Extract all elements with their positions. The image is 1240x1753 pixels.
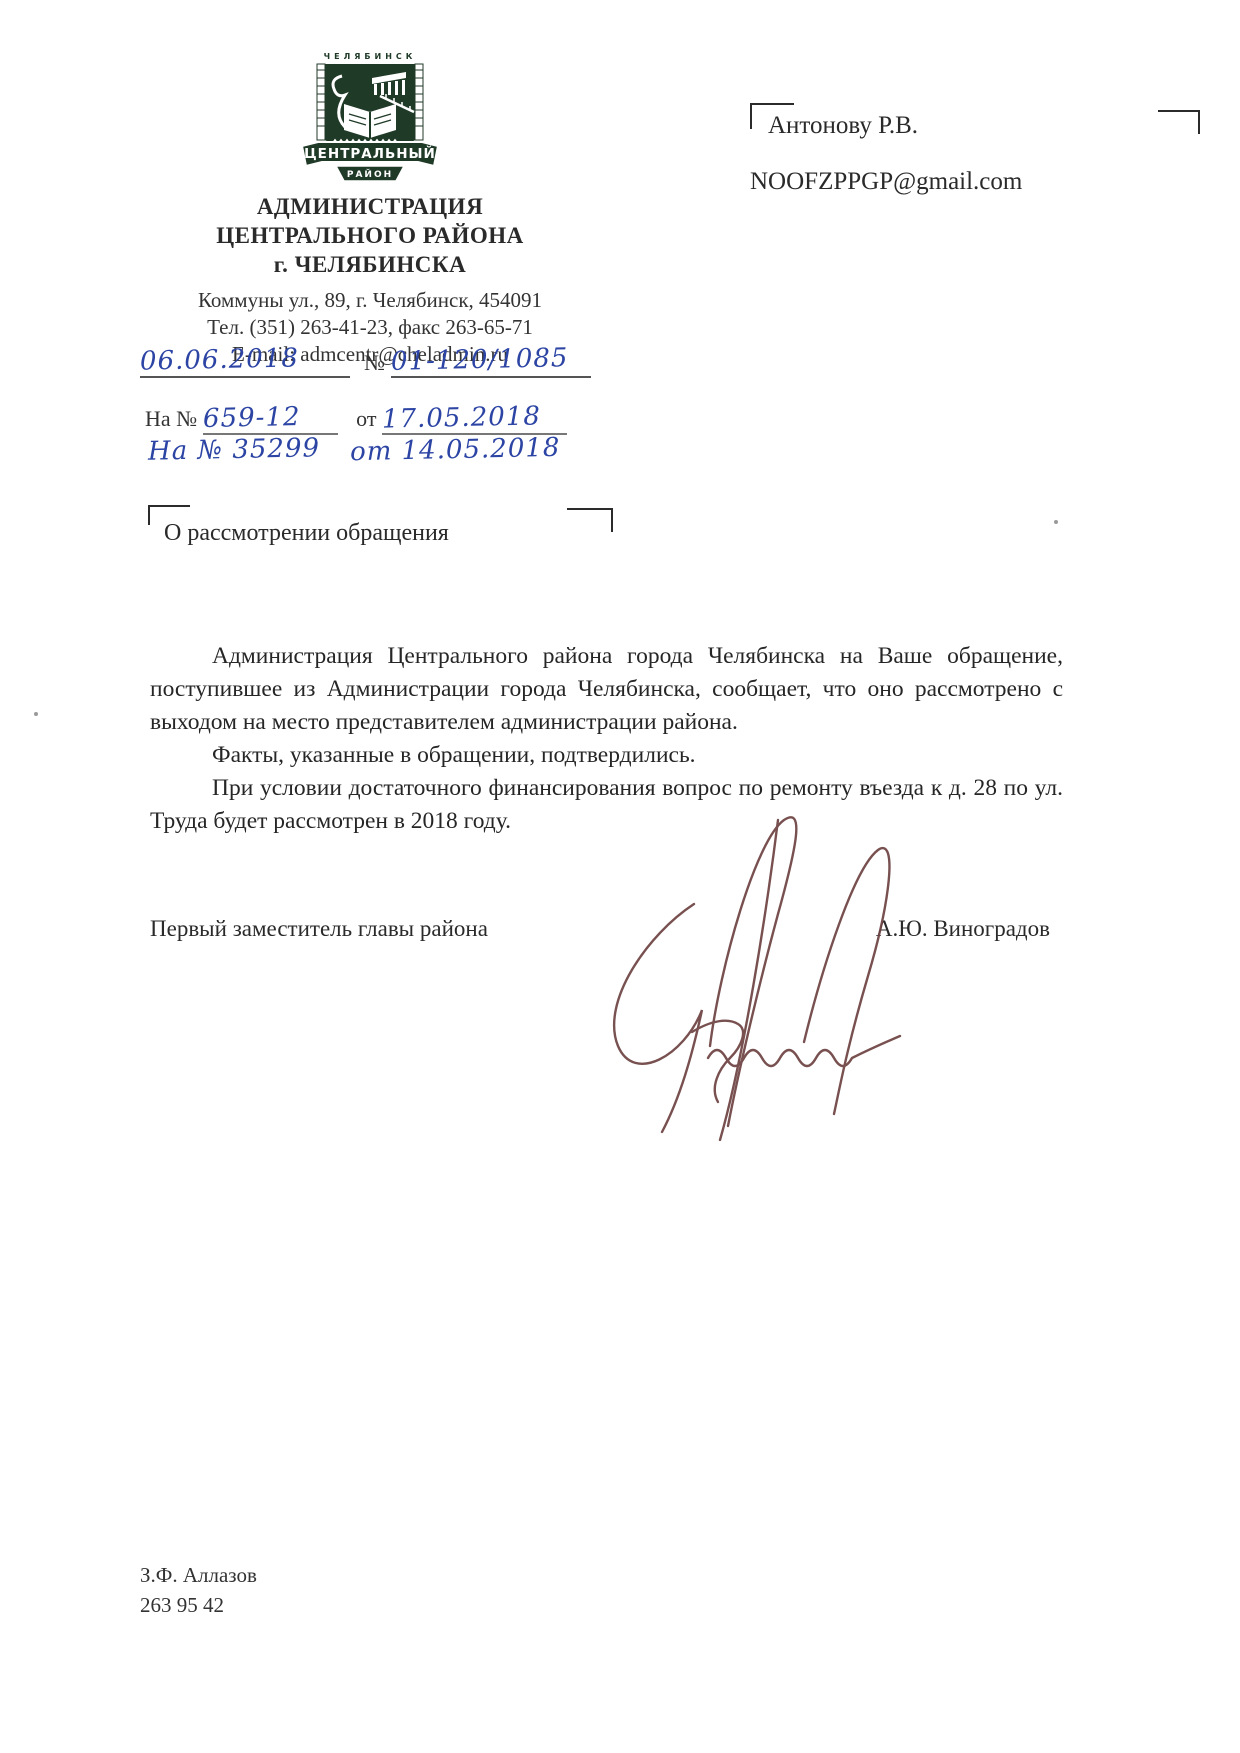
executor-name: З.Ф. Аллазов	[140, 1560, 257, 1590]
corner-mark-top-right-icon	[1158, 110, 1200, 134]
incoming-number-field: 659-12	[203, 404, 338, 435]
district-emblem-icon: ЧЕЛЯБИНСК	[284, 48, 456, 186]
org-address: Коммуны ул., 89, г. Челябинск, 454091	[130, 287, 610, 313]
body-paragraph-2: Факты, указанные в обращении, подтвердил…	[150, 739, 1063, 772]
body-paragraph-1: Администрация Центрального района города…	[150, 640, 1063, 739]
scanned-letter-page: ЧЕЛЯБИНСК	[0, 0, 1240, 1753]
org-name-line3: г. ЧЕЛЯБИНСКА	[130, 250, 610, 279]
incoming-date-field: 17.05.2018	[382, 404, 567, 435]
from-label: от	[356, 406, 376, 435]
signature-handwritten-icon	[542, 806, 942, 1141]
letterhead: ЧЕЛЯБИНСК	[130, 48, 610, 367]
incoming-ref-row: На № 659-12 от 17.05.2018	[145, 404, 615, 435]
outgoing-date-handwritten: 06.06.2018	[140, 344, 299, 375]
emblem-bottom-text: РАЙОН	[347, 168, 393, 180]
recipient-name: Антонову Р.В.	[768, 112, 918, 140]
org-phone: Тел. (351) 263-41-23, факс 263-65-71	[130, 314, 610, 340]
emblem-top-text: ЧЕЛЯБИНСК	[324, 52, 417, 61]
recipient-email: NOOFZPPGP@gmail.com	[750, 168, 1022, 196]
number-sign-label: №	[364, 350, 385, 376]
incoming-date2-handwritten: от 14.05.2018	[350, 434, 561, 466]
signer-position: Первый заместитель главы района	[150, 916, 488, 942]
corner-mark-bottom-right-icon	[567, 508, 613, 532]
outgoing-number-field: 01-120/1085	[391, 346, 591, 378]
org-name-line1: АДМИНИСТРАЦИЯ	[130, 192, 610, 221]
outgoing-date-field: 06.06.2018	[140, 346, 350, 378]
incoming-ref-row-2: На № 35299 от 14.05.2018	[148, 436, 618, 464]
scan-speck-icon	[34, 712, 38, 716]
scan-speck-icon	[1054, 520, 1058, 524]
on-number-label: На №	[145, 406, 197, 435]
executor-phone: 263 95 42	[140, 1590, 257, 1620]
org-name-line2: ЦЕНТРАЛЬНОГО РАЙОНА	[130, 221, 610, 250]
incoming-number-handwritten: 659-12	[203, 403, 301, 433]
executor-block: З.Ф. Аллазов 263 95 42	[140, 1560, 257, 1620]
incoming-number2-handwritten: На № 35299	[148, 434, 321, 466]
outgoing-ref-row: 06.06.2018 № 01-120/1085	[140, 346, 610, 378]
outgoing-number-handwritten: 01-120/1085	[391, 344, 569, 376]
subject-line: О рассмотрении обращения	[164, 520, 449, 547]
incoming-date-handwritten: 17.05.2018	[382, 402, 541, 433]
emblem-ribbon-text: ЦЕНТРАЛЬНЫЙ	[304, 145, 436, 162]
